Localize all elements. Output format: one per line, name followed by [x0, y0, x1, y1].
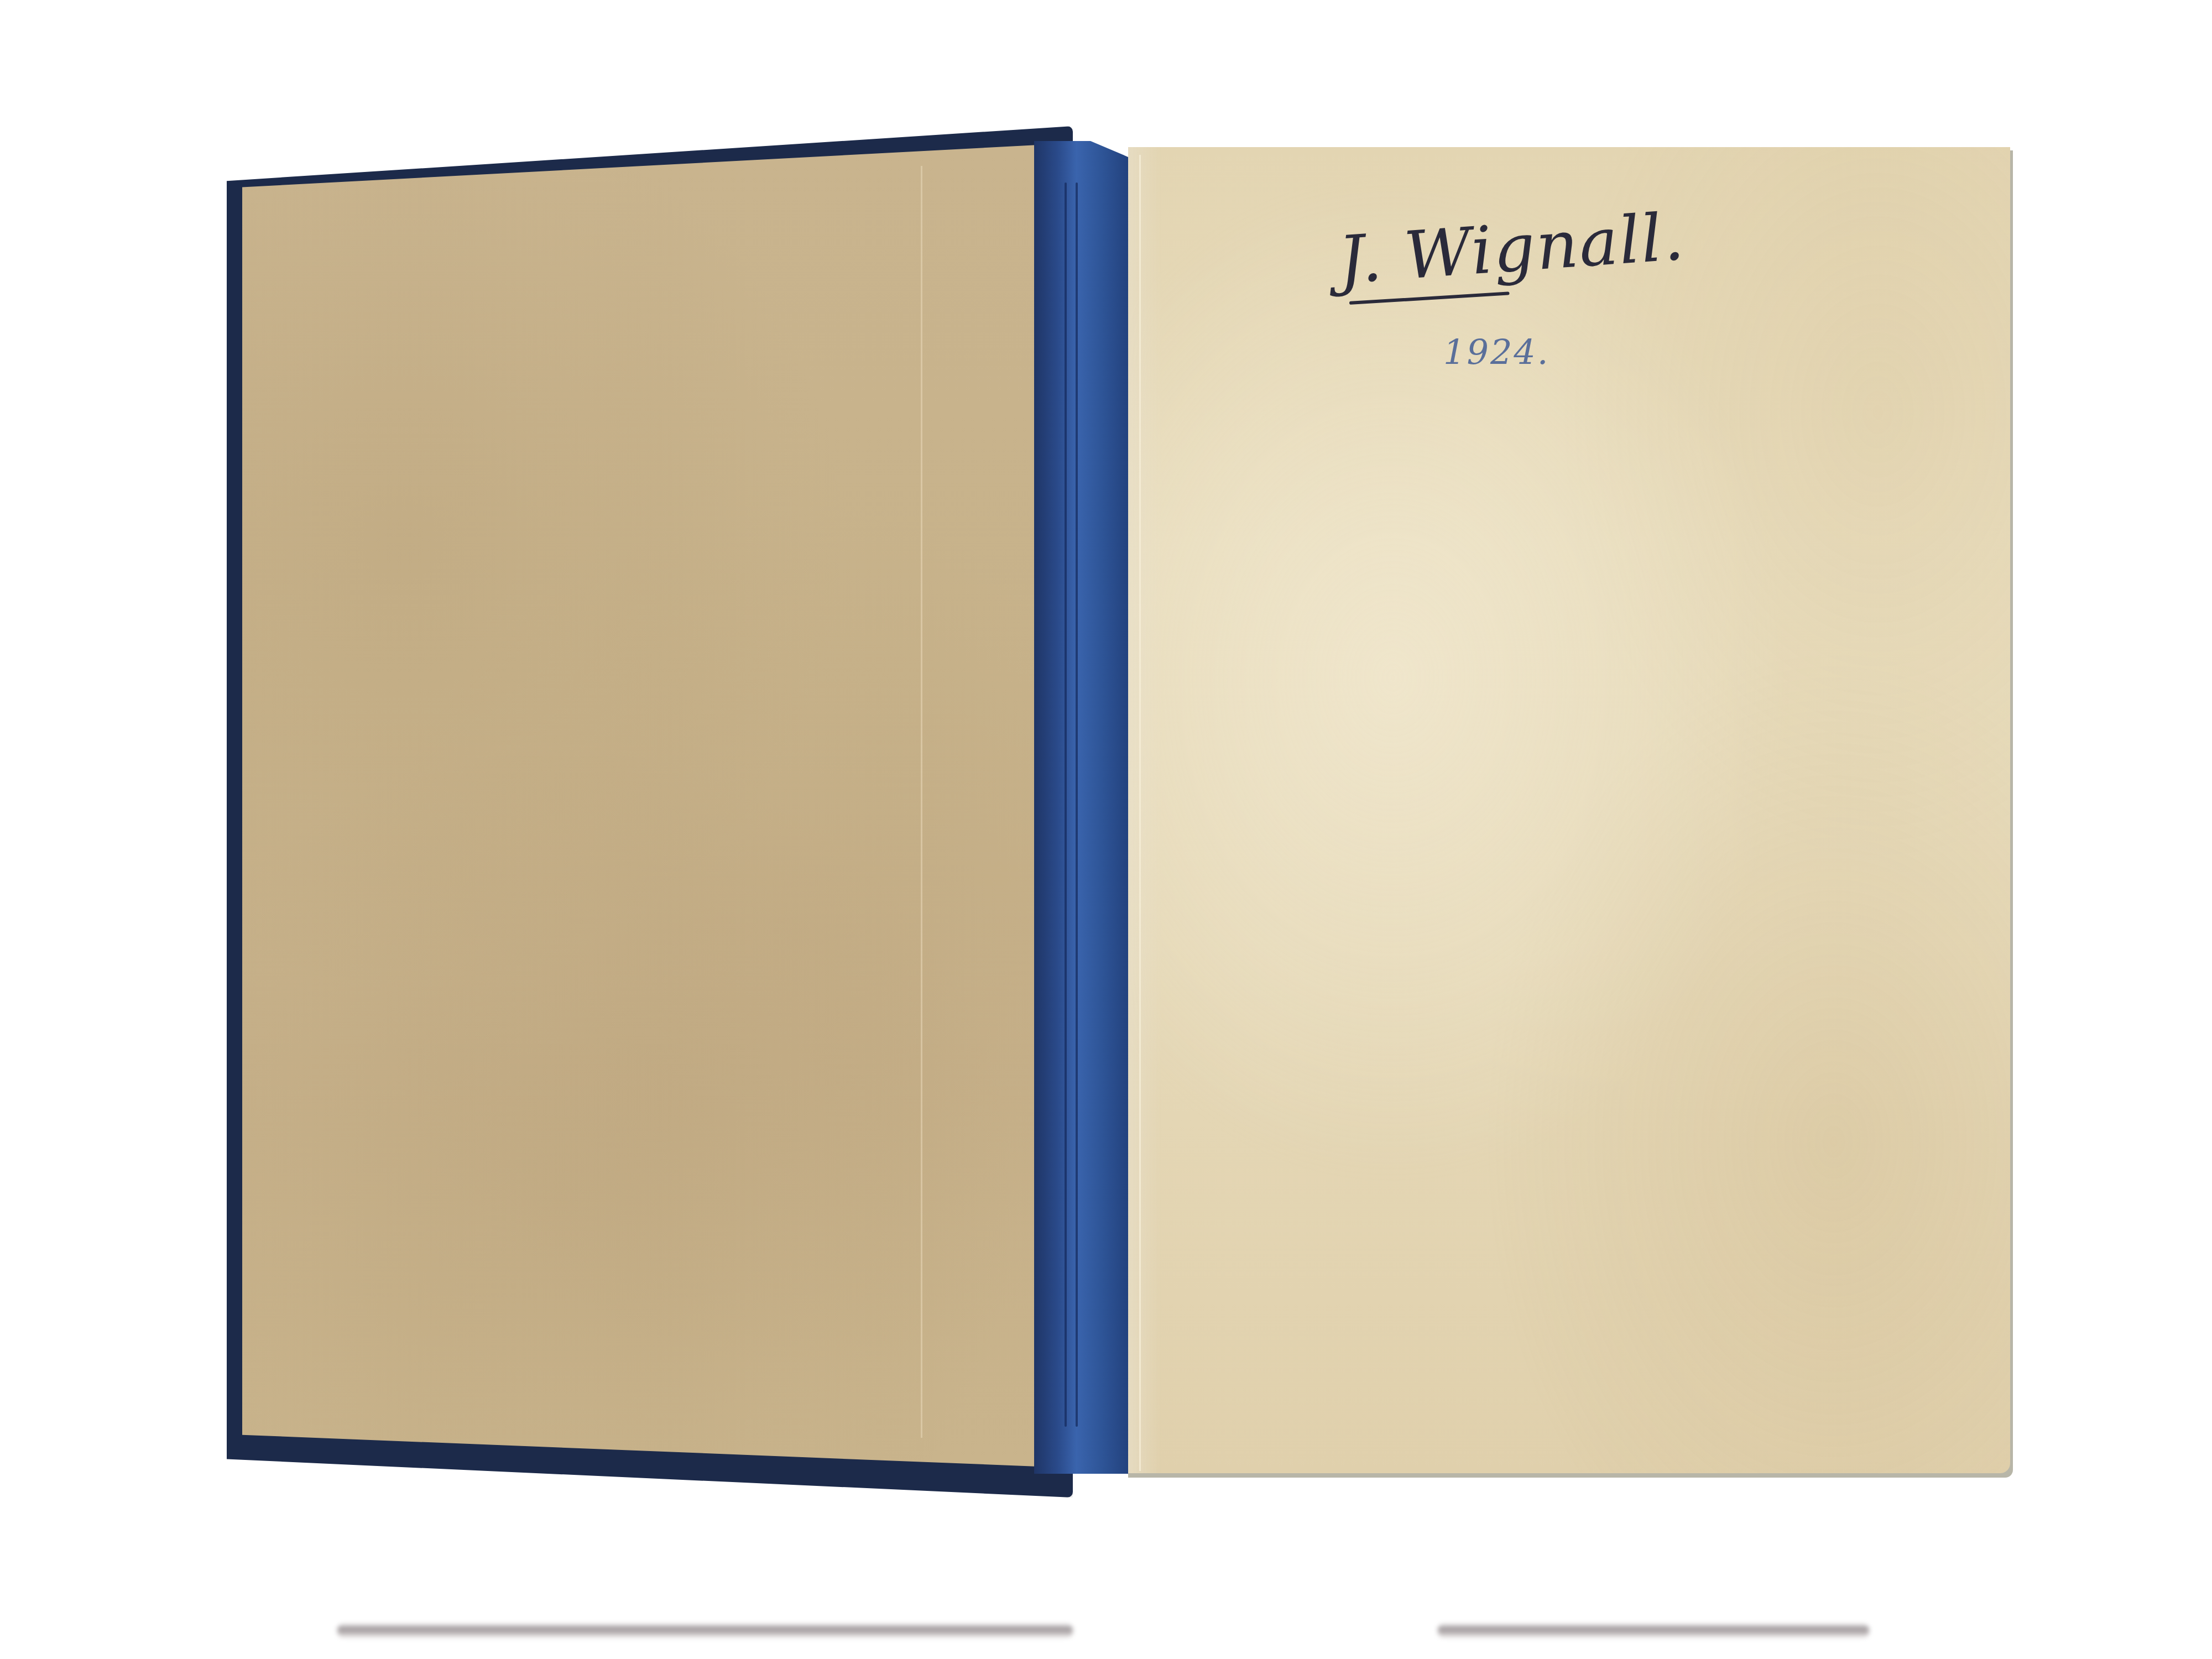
front-pastedown-page [242, 145, 1039, 1467]
photo-scene: J. Wignall. 1924. [0, 0, 2212, 1659]
gutter-line [1139, 155, 1141, 1471]
book-spine [1034, 141, 1128, 1474]
handwritten-date: 1924. [1443, 332, 1550, 372]
spine-crease [1076, 182, 1078, 1427]
front-flyleaf-page [1128, 147, 2010, 1473]
bottom-blur-artifact [1438, 1623, 1869, 1639]
pastedown-fold-line [921, 166, 922, 1438]
spine-crease [1065, 182, 1067, 1427]
bottom-blur-artifact [337, 1623, 1073, 1639]
